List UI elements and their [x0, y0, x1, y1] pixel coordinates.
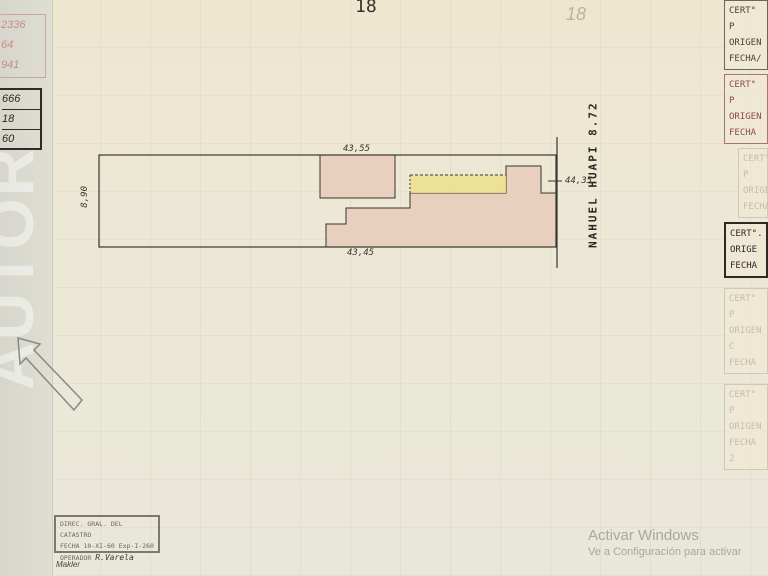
signature-note: Makler	[56, 560, 80, 569]
windows-activation-watermark: Activar Windows Ve a Configuración para …	[588, 527, 741, 558]
dimension-top: 43,55	[343, 144, 370, 154]
highlight-strip	[410, 175, 506, 193]
built-area-front-block	[320, 155, 395, 198]
fecha-value: 10-XI-60 Exp-I-260	[84, 542, 154, 550]
catastro-title: DIREC. GRAL. DEL CATASTRO	[60, 519, 154, 541]
dimension-bottom: 43,45	[347, 248, 374, 258]
catastro-stamp: DIREC. GRAL. DEL CATASTRO FECHA 10-XI-60…	[54, 515, 160, 553]
operador-value: R.Varela	[95, 553, 134, 562]
activation-title: Activar Windows	[588, 527, 741, 544]
street-label: NAHUEL HUAPI 8.72	[571, 88, 615, 248]
catastro-fecha: FECHA 10-XI-60 Exp-I-260	[60, 541, 154, 552]
arrow-icon	[18, 338, 82, 410]
fecha-label: FECHA	[60, 542, 80, 550]
parcel-plan-drawing	[0, 0, 768, 576]
activation-subtitle: Ve a Configuración para activar	[588, 546, 741, 558]
dimension-left: 8,90	[80, 186, 90, 208]
